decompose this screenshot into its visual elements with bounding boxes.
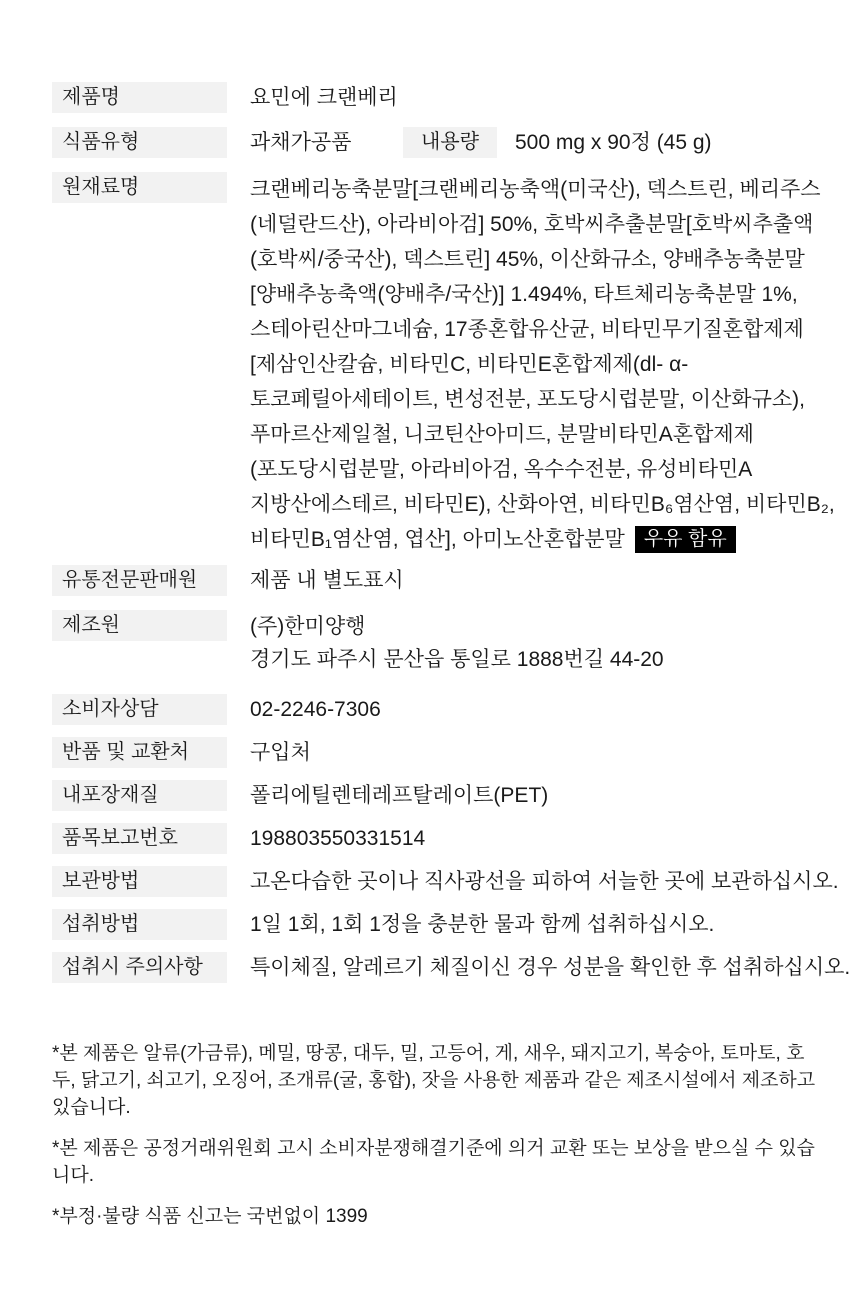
food-type-label: 식품유형	[52, 127, 227, 158]
row-report-number: 품목보고번호 198803550331514	[52, 823, 820, 854]
packaging-value: 폴리에틸렌테레프탈레이트(PET)	[250, 780, 820, 811]
consumer-service-label: 소비자상담	[52, 694, 227, 725]
ingredients-line: (포도당시럽분말, 아라비아검, 옥수수전분, 유성비타민A	[250, 452, 835, 487]
manufacturer-address: 경기도 파주시 문산읍 통일로 1888번길 44-20	[250, 643, 820, 676]
product-name-label: 제품명	[52, 82, 227, 113]
ingredients-line: 지방산에스테르, 비타민E), 산화아연, 비타민B₆염산염, 비타민B₂,	[250, 487, 835, 522]
manufacturer-label: 제조원	[52, 610, 227, 641]
intake-method-value: 1일 1회, 1회 1정을 충분한 물과 함께 섭취하십시오.	[250, 909, 820, 940]
row-consumer-service: 소비자상담 02-2246-7306	[52, 694, 820, 725]
row-intake-method: 섭취방법 1일 1회, 1회 1정을 충분한 물과 함께 섭취하십시오.	[52, 909, 820, 940]
storage-label: 보관방법	[52, 866, 227, 897]
ingredients-line: [양배추농축액(양배추/국산)] 1.494%, 타트체리농축분말 1%,	[250, 277, 835, 312]
ingredients-label: 원재료명	[52, 172, 227, 203]
ingredients-line: 크랜베리농축분말[크랜베리농축액(미국산), 덱스트린, 베리주스	[250, 172, 835, 207]
manufacturer-value: (주)한미양행 경기도 파주시 문산읍 통일로 1888번길 44-20	[250, 610, 820, 676]
distributor-value: 제품 내 별도표시	[250, 565, 820, 596]
intake-method-label: 섭취방법	[52, 909, 227, 940]
row-returns: 반품 및 교환처 구입처	[52, 737, 820, 768]
footer-notes: *본 제품은 알류(가금류), 메밀, 땅콩, 대두, 밀, 고등어, 게, 새…	[52, 1040, 820, 1230]
consumer-dispute-note: *본 제품은 공정거래위원회 고시 소비자분쟁해결기준에 의거 교환 또는 보상…	[52, 1135, 820, 1189]
ingredients-value: 크랜베리농축분말[크랜베리농축액(미국산), 덱스트린, 베리주스 (네덜란드산…	[250, 172, 835, 557]
ingredients-line: [제삼인산칼슘, 비타민C, 비타민E혼합제제(dl- α-	[250, 347, 835, 382]
packaging-label: 내포장재질	[52, 780, 227, 811]
ingredients-line: 토코페릴아세테이트, 변성전분, 포도당시럽분말, 이산화규소),	[250, 382, 835, 417]
ingredients-line: (네덜란드산), 아라비아검] 50%, 호박씨추출분말[호박씨추출액	[250, 207, 835, 242]
product-info-document: 제품명 요민에 크랜베리 식품유형 과채가공품 내용량 500 mg x 90정…	[0, 0, 860, 1230]
returns-label: 반품 및 교환처	[52, 737, 227, 768]
ingredients-line: 스테아린산마그네슘, 17종혼합유산균, 비타민무기질혼합제제	[250, 312, 835, 347]
ingredients-line: 푸마르산제일철, 니코틴산아미드, 분말비타민A혼합제제	[250, 417, 835, 452]
precautions-value: 특이체질, 알레르기 체질이신 경우 성분을 확인한 후 섭취하십시오.	[250, 952, 850, 983]
row-product-name: 제품명 요민에 크랜베리	[52, 82, 820, 113]
food-type-value: 과채가공품	[250, 127, 351, 158]
report-number-label: 품목보고번호	[52, 823, 227, 854]
food-report-hotline-note: *부정·불량 식품 신고는 국번없이 1399	[52, 1203, 820, 1230]
row-ingredients: 원재료명 크랜베리농축분말[크랜베리농축액(미국산), 덱스트린, 베리주스 (…	[52, 172, 820, 557]
ingredients-last-line: 비타민B₁염산염, 엽산], 아미노산혼합분말 우유 함유	[250, 522, 835, 557]
row-manufacturer: 제조원 (주)한미양행 경기도 파주시 문산읍 통일로 1888번길 44-20	[52, 610, 820, 676]
ingredients-line: 비타민B₁염산염, 엽산], 아미노산혼합분말	[250, 522, 625, 557]
consumer-service-phone: 02-2246-7306	[250, 694, 820, 725]
storage-value: 고온다습한 곳이나 직사광선을 피하여 서늘한 곳에 보관하십시오.	[250, 866, 839, 897]
row-distributor: 유통전문판매원 제품 내 별도표시	[52, 565, 820, 596]
row-precautions: 섭취시 주의사항 특이체질, 알레르기 체질이신 경우 성분을 확인한 후 섭취…	[52, 952, 820, 983]
milk-allergen-badge: 우유 함유	[635, 526, 736, 553]
allergen-facility-note: *본 제품은 알류(가금류), 메밀, 땅콩, 대두, 밀, 고등어, 게, 새…	[52, 1040, 820, 1121]
manufacturer-company: (주)한미양행	[250, 610, 820, 643]
returns-value: 구입처	[250, 737, 820, 768]
product-name-value: 요민에 크랜베리	[250, 82, 820, 113]
ingredients-line: (호박씨/중국산), 덱스트린] 45%, 이산화규소, 양배추농축분말	[250, 242, 835, 277]
precautions-label: 섭취시 주의사항	[52, 952, 227, 983]
row-packaging: 내포장재질 폴리에틸렌테레프탈레이트(PET)	[52, 780, 820, 811]
distributor-label: 유통전문판매원	[52, 565, 227, 596]
report-number-value: 198803550331514	[250, 823, 820, 854]
row-storage: 보관방법 고온다습한 곳이나 직사광선을 피하여 서늘한 곳에 보관하십시오.	[52, 866, 820, 897]
net-content-value: 500 mg x 90정 (45 g)	[515, 127, 712, 158]
net-content-label: 내용량	[403, 127, 497, 158]
row-food-type: 식품유형 과채가공품 내용량 500 mg x 90정 (45 g)	[52, 127, 820, 158]
food-type-value-cell: 과채가공품 내용량 500 mg x 90정 (45 g)	[250, 127, 820, 158]
